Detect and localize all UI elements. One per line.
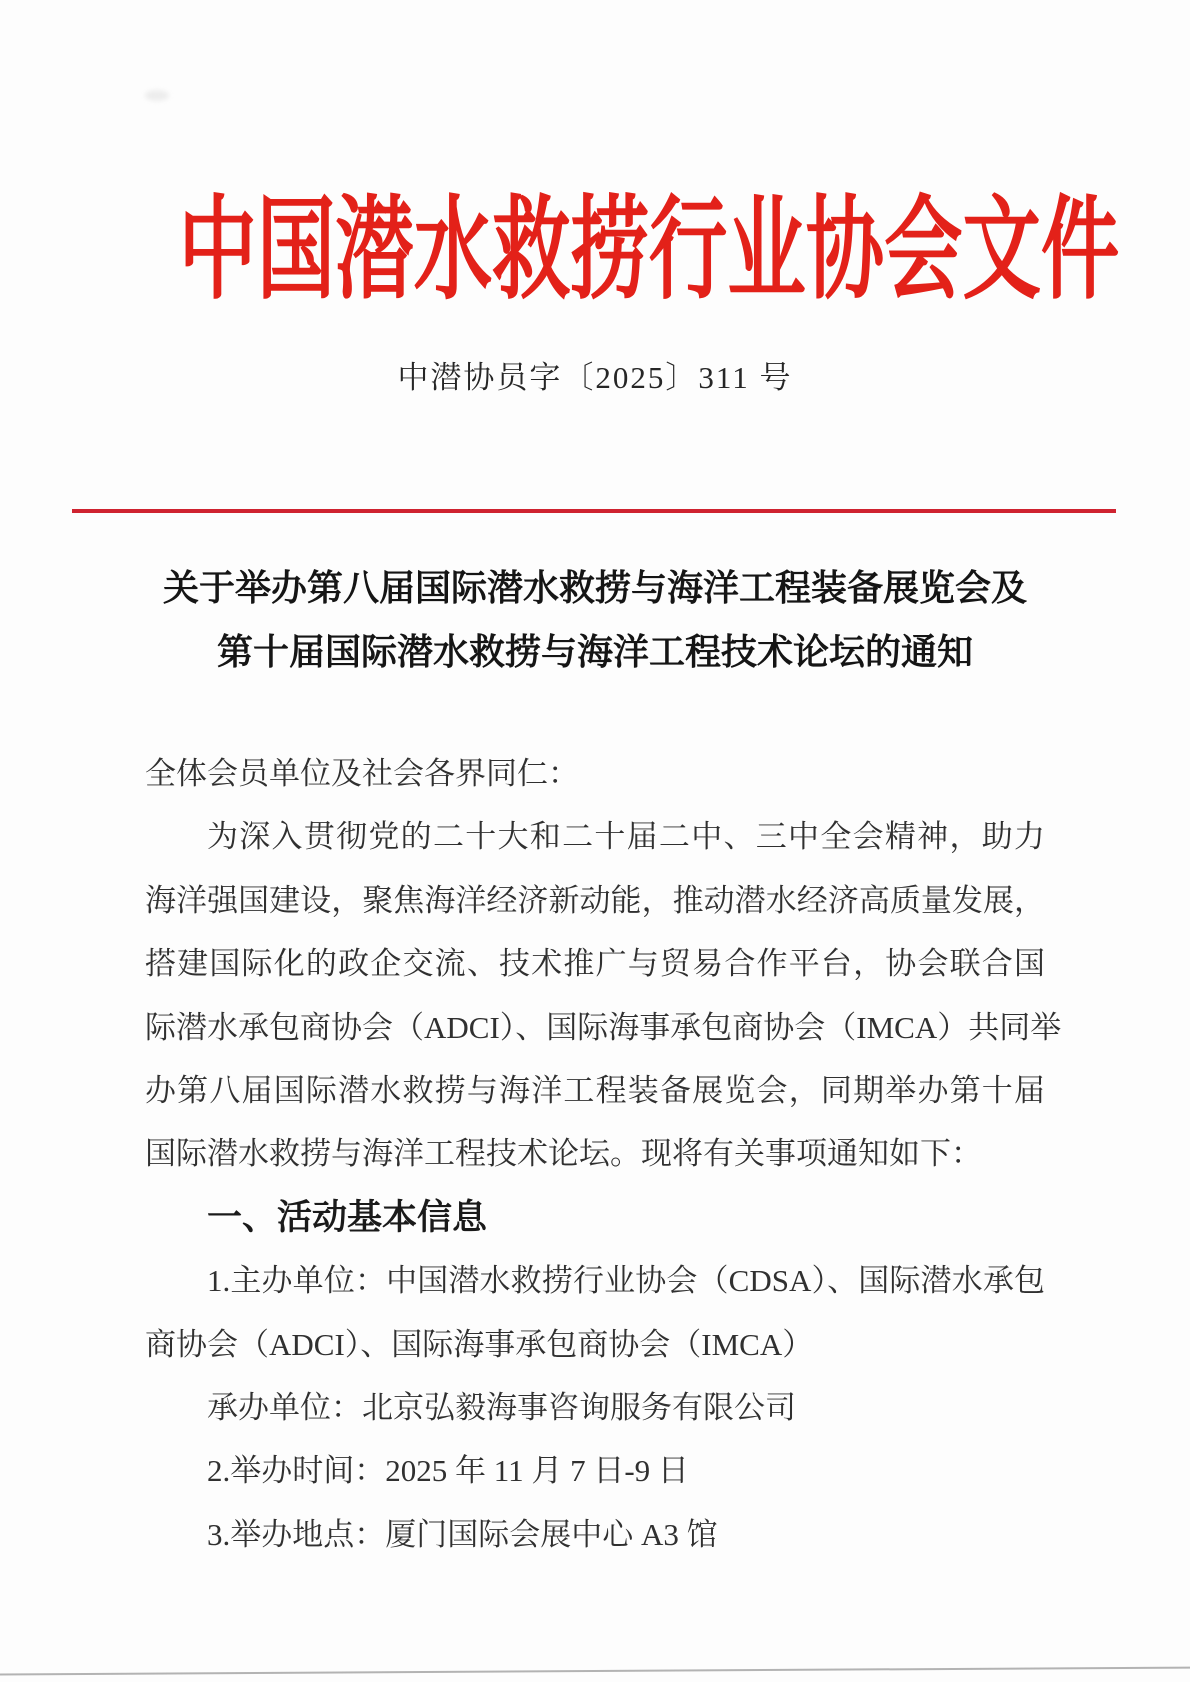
info-line-date: 2.举办时间：2025 年 11 月 7 日-9 日 <box>145 1439 1045 1502</box>
info-line-organizers-cont: 商协会（ADCI）、国际海事承包商协会（IMCA） <box>145 1313 1045 1376</box>
paragraph-line: 办第八届国际潜水救捞与海洋工程装备展览会，同期举办第十届 <box>145 1059 1045 1122</box>
paragraph-line: 际潜水承包商协会（ADCI）、国际海事承包商协会（IMCA）共同举 <box>145 996 1045 1059</box>
org-masthead-title: 中国潜水救捞行业协会文件 <box>179 190 1012 312</box>
scan-smudge-artifact <box>145 90 169 101</box>
section1-heading: 一、活动基本信息 <box>145 1186 1045 1249</box>
info-line-undertaker: 承办单位：北京弘毅海事咨询服务有限公司 <box>145 1376 1045 1439</box>
doc-reference-number: 中潜协员字〔2025〕311 号 <box>0 356 1190 400</box>
scan-edge-line <box>0 1667 1190 1676</box>
paragraph-line: 海洋强国建设，聚焦海洋经济新动能，推动潜水经济高质量发展， <box>145 869 1045 932</box>
paragraph-line: 国际潜水救捞与海洋工程技术论坛。现将有关事项通知如下： <box>145 1122 1045 1185</box>
notice-title: 关于举办第八届国际潜水救捞与海洋工程装备展览会及 第十届国际潜水救捞与海洋工程技… <box>0 556 1190 684</box>
info-line-venue: 3.举办地点：厦门国际会展中心 A3 馆 <box>145 1503 1045 1566</box>
paragraph-line: 搭建国际化的政企交流、技术推广与贸易合作平台，协会联合国 <box>145 932 1045 995</box>
notice-title-line2: 第十届国际潜水救捞与海洋工程技术论坛的通知 <box>0 620 1190 684</box>
notice-title-line1: 关于举办第八届国际潜水救捞与海洋工程装备展览会及 <box>0 556 1190 620</box>
salutation-line: 全体会员单位及社会各界同仁： <box>145 742 1045 805</box>
notice-body: 全体会员单位及社会各界同仁： 为深入贯彻党的二十大和二十届二中、三中全会精神，助… <box>145 742 1045 1566</box>
document-page: 中国潜水救捞行业协会文件 中潜协员字〔2025〕311 号 关于举办第八届国际潜… <box>0 0 1190 1682</box>
info-line-organizers: 1.主办单位：中国潜水救捞行业协会（CDSA）、国际潜水承包 <box>145 1249 1045 1312</box>
paragraph-line: 为深入贯彻党的二十大和二十届二中、三中全会精神，助力 <box>145 805 1045 868</box>
red-divider-rule <box>72 509 1116 513</box>
